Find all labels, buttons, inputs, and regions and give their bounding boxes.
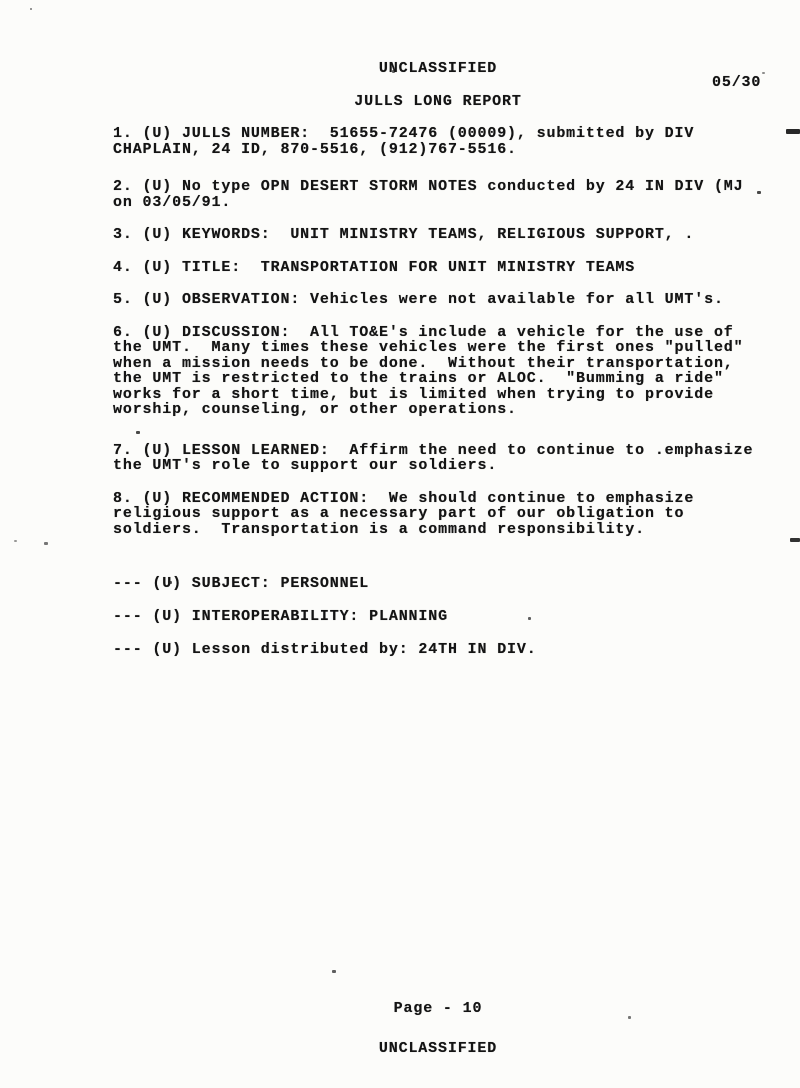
scan-mark-right-dash bbox=[790, 538, 800, 542]
attribute-lines: --- (U) SUBJECT: PERSONNEL --- (U) INTER… bbox=[113, 576, 778, 658]
paragraph-observation: 5. (U) OBSERVATION: Vehicles were not av… bbox=[113, 292, 778, 308]
page-stamp: 05/30 bbox=[712, 75, 761, 91]
paragraph-event-note: 2. (U) No type OPN DESERT STORM NOTES co… bbox=[113, 179, 778, 210]
paragraph-discussion: 6. (U) DISCUSSION: All TO&E's include a … bbox=[113, 325, 778, 418]
document-page: UNCLASSIFIED 05/30 JULLS LONG REPORT 1. … bbox=[0, 0, 800, 1088]
scan-speck bbox=[332, 970, 336, 973]
scan-speck bbox=[44, 542, 48, 545]
attribute-subject: --- (U) SUBJECT: PERSONNEL bbox=[113, 576, 778, 592]
paragraph-lesson-learned: 7. (U) LESSON LEARNED: Affirm the need t… bbox=[113, 443, 778, 474]
paragraph-title: 4. (U) TITLE: TRANSPORTATION FOR UNIT MI… bbox=[113, 260, 778, 276]
scan-mark-right-arrow bbox=[786, 129, 800, 134]
classification-footer: UNCLASSIFIED bbox=[113, 1041, 763, 1057]
report-body: 1. (U) JULLS NUMBER: 51655-72476 (00009)… bbox=[113, 126, 778, 675]
scan-speck bbox=[14, 540, 17, 542]
scan-speck bbox=[628, 1016, 631, 1019]
report-title: JULLS LONG REPORT bbox=[113, 94, 763, 110]
page-number: Page - 10 bbox=[113, 1001, 763, 1017]
paragraph-keywords: 3. (U) KEYWORDS: UNIT MINISTRY TEAMS, RE… bbox=[113, 227, 778, 243]
attribute-interoperability: --- (U) INTEROPERABILITY: PLANNING bbox=[113, 609, 778, 625]
scan-speck bbox=[757, 191, 761, 194]
scan-speck bbox=[30, 8, 32, 10]
paragraph-julls-number: 1. (U) JULLS NUMBER: 51655-72476 (00009)… bbox=[113, 126, 778, 157]
scan-speck bbox=[392, 70, 395, 73]
classification-header: UNCLASSIFIED bbox=[113, 61, 763, 77]
scan-speck bbox=[528, 617, 531, 620]
attribute-distribution: --- (U) Lesson distributed by: 24TH IN D… bbox=[113, 642, 778, 658]
scan-speck bbox=[762, 72, 765, 74]
scan-speck bbox=[168, 581, 172, 584]
scan-speck bbox=[136, 431, 140, 434]
paragraph-recommended-action: 8. (U) RECOMMENDED ACTION: We should con… bbox=[113, 491, 778, 538]
